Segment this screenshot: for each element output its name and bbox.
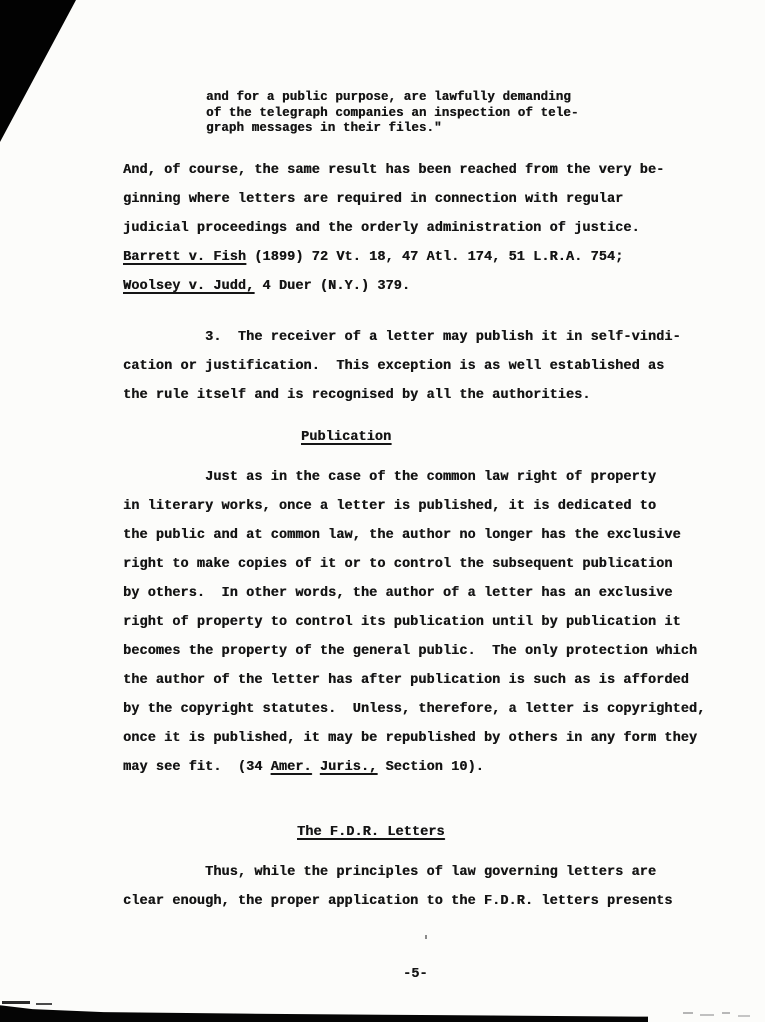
paragraph-publication: Just as in the case of the common law ri… <box>123 463 705 782</box>
paragraph-judicial-proceedings-line: judicial proceedings and the orderly adm… <box>123 214 664 243</box>
paragraph-publication-line: by others. In other words, the author of… <box>123 579 705 608</box>
heading-publication: Publication <box>301 428 391 448</box>
page-number: -5- <box>403 965 428 985</box>
paragraph-publication-line: right to make copies of it or to control… <box>123 550 705 579</box>
paragraph-judicial-proceedings-line: Barrett v. Fish (1899) 72 Vt. 18, 47 Atl… <box>123 243 664 272</box>
paragraph-judicial-proceedings: And, of course, the same result has been… <box>123 156 664 301</box>
opening-quote-line: of the telegraph companies an inspection… <box>206 106 578 122</box>
paragraph-publication-line: in literary works, once a letter is publ… <box>123 492 705 521</box>
paragraph-receiver-exception-line: 3. The receiver of a letter may publish … <box>123 323 681 352</box>
scan-bottom-band-artifact <box>0 1003 648 1022</box>
paragraph-publication-line: by the copyright statutes. Unless, there… <box>123 695 705 724</box>
scan-speck <box>36 1003 52 1005</box>
opening-quote-line: and for a public purpose, are lawfully d… <box>206 90 578 106</box>
paragraph-publication-line: Just as in the case of the common law ri… <box>123 463 705 492</box>
paragraph-judicial-proceedings-line: Woolsey v. Judd, 4 Duer (N.Y.) 379. <box>123 272 664 301</box>
scan-speck <box>722 1012 730 1014</box>
scan-speck <box>683 1012 693 1014</box>
scan-speck <box>425 935 427 939</box>
scan-speck <box>738 1015 750 1017</box>
paragraph-publication-line: becomes the property of the general publ… <box>123 637 705 666</box>
paragraph-publication-line: the public and at common law, the author… <box>123 521 705 550</box>
scan-corner-triangle-artifact <box>0 0 76 142</box>
opening-quote: and for a public purpose, are lawfully d… <box>206 90 578 137</box>
paragraph-fdr-application-line: Thus, while the principles of law govern… <box>123 858 673 887</box>
scan-speck <box>2 1001 30 1004</box>
paragraph-publication-line: once it is published, it may be republis… <box>123 724 705 753</box>
paragraph-receiver-exception: 3. The receiver of a letter may publish … <box>123 323 681 410</box>
heading-fdr-letters-line: The F.D.R. Letters <box>297 823 445 843</box>
paragraph-receiver-exception-line: cation or justification. This exception … <box>123 352 681 381</box>
paragraph-judicial-proceedings-line: ginning where letters are required in co… <box>123 185 664 214</box>
opening-quote-line: graph messages in their files." <box>206 121 578 137</box>
scan-speck <box>700 1014 714 1016</box>
paragraph-publication-line: may see fit. (34 Amer. Juris., Section 1… <box>123 753 705 782</box>
page: -5- and for a public purpose, are lawful… <box>0 0 765 1022</box>
paragraph-publication-line: the author of the letter has after publi… <box>123 666 705 695</box>
paragraph-receiver-exception-line: the rule itself and is recognised by all… <box>123 381 681 410</box>
heading-publication-line: Publication <box>301 428 391 448</box>
paragraph-publication-line: right of property to control its publica… <box>123 608 705 637</box>
paragraph-fdr-application: Thus, while the principles of law govern… <box>123 858 673 916</box>
paragraph-judicial-proceedings-line: And, of course, the same result has been… <box>123 156 664 185</box>
heading-fdr-letters: The F.D.R. Letters <box>297 823 445 843</box>
paragraph-fdr-application-line: clear enough, the proper application to … <box>123 887 673 916</box>
